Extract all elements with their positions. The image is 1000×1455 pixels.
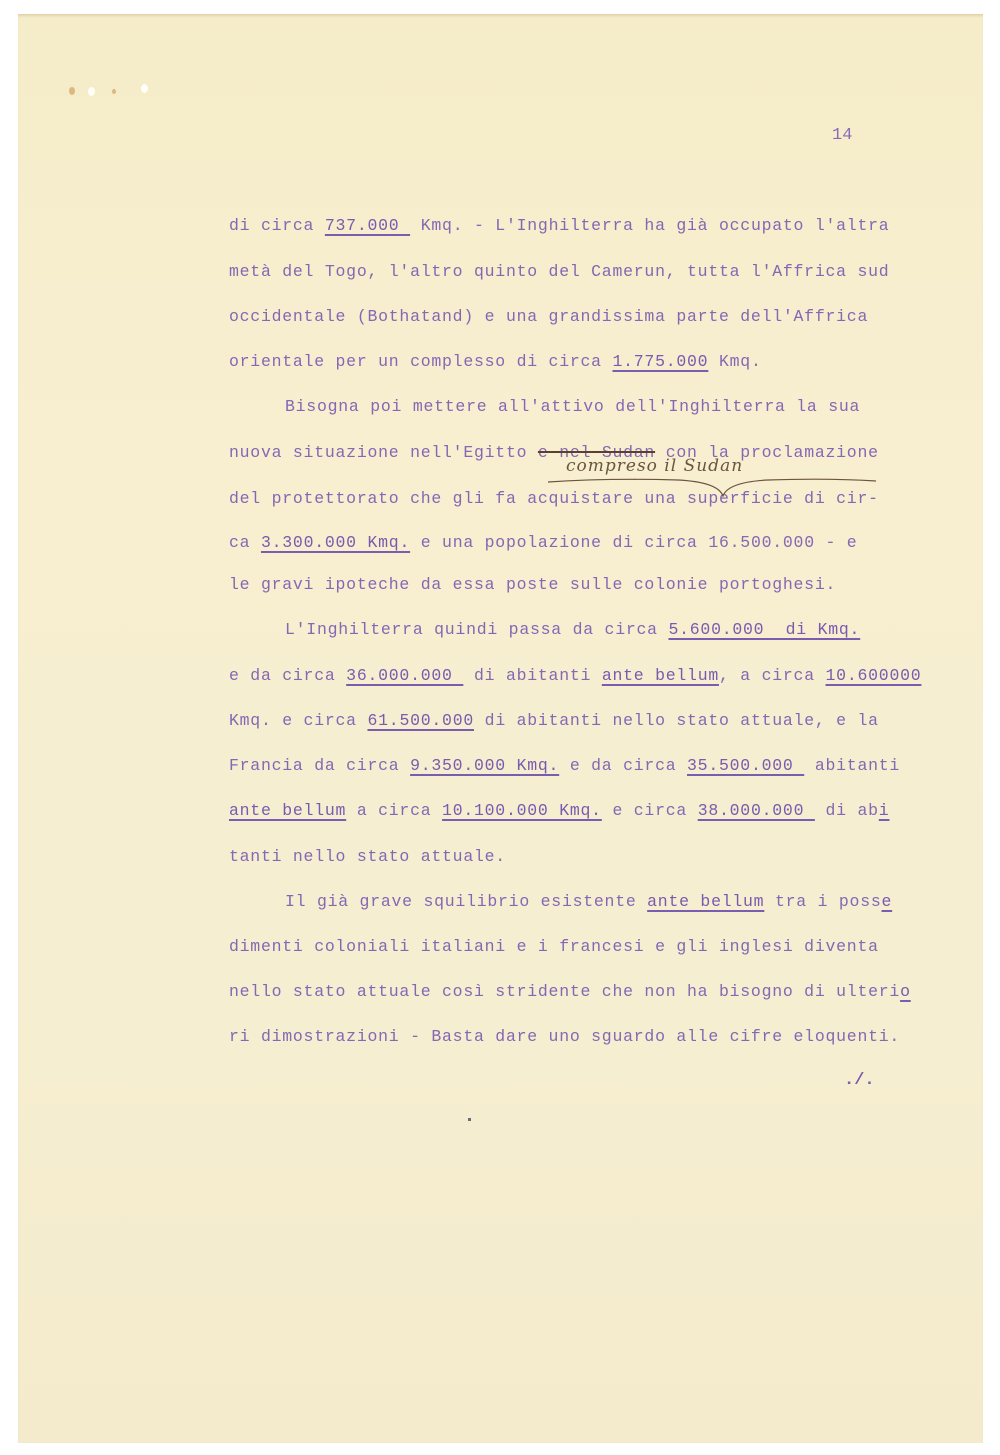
text-segment: di ab — [815, 801, 879, 820]
text-segment: le gravi ipoteche da essa poste sulle co… — [229, 575, 836, 594]
punch-hole — [141, 84, 148, 93]
text-line: Il già grave squilibrio esistente ante b… — [285, 892, 892, 912]
underlined-text: 1.775.000 — [612, 352, 708, 371]
text-segment: e una popolazione di circa 16.500.000 - … — [410, 533, 857, 552]
underlined-text: 9.350.000 Kmq. — [410, 756, 559, 775]
underlined-text: 10.100.000 Kmq. — [442, 801, 602, 820]
text-line: L'Inghilterra quindi passa da circa 5.60… — [285, 620, 860, 640]
caret-insertion-mark — [548, 474, 878, 504]
underlined-text: ante bellum — [647, 892, 764, 911]
text-line: metà del Togo, l'altro quinto del Cameru… — [229, 262, 889, 282]
stain-mark — [112, 89, 116, 94]
text-line: dimenti coloniali italiani e i francesi … — [229, 937, 879, 957]
text-segment: occidentale (Bothatand) e una grandissim… — [229, 307, 868, 326]
text-segment: di abitanti — [463, 666, 601, 685]
text-segment: , a circa — [719, 666, 826, 685]
text-segment: di circa — [229, 216, 325, 235]
text-segment: orientale per un complesso di circa — [229, 352, 612, 371]
underlined-text: 36.000.000 — [346, 666, 463, 685]
text-segment: Il già grave squilibrio esistente — [285, 892, 647, 911]
text-line: Bisogna poi mettere all'attivo dell'Ingh… — [285, 397, 860, 417]
text-segment: Kmq. — [708, 352, 761, 371]
underlined-text: 5.600.000 di Kmq. — [668, 620, 860, 639]
text-line: nello stato attuale così stridente che n… — [229, 982, 911, 1002]
text-segment: e da circa — [229, 666, 346, 685]
underlined-text: o — [900, 982, 911, 1001]
underlined-text: ante bellum — [602, 666, 719, 685]
text-segment: dimenti coloniali italiani e i francesi … — [229, 937, 879, 956]
text-segment: e da circa — [559, 756, 687, 775]
underlined-text: 38.000.000 — [698, 801, 815, 820]
handwritten-insertion: compreso il Sudan — [566, 456, 743, 476]
text-segment: ca — [229, 533, 261, 552]
underlined-text: 61.500.000 — [367, 711, 474, 730]
text-segment: metà del Togo, l'altro quinto del Cameru… — [229, 262, 889, 281]
underlined-text: 35.500.000 — [687, 756, 804, 775]
text-line: Francia da circa 9.350.000 Kmq. e da cir… — [229, 756, 900, 776]
text-line: orientale per un complesso di circa 1.77… — [229, 352, 762, 372]
text-segment: ri dimostrazioni - Basta dare uno sguard… — [229, 1027, 900, 1046]
ink-speck — [468, 1118, 471, 1121]
text-line: Kmq. e circa 61.500.000 di abitanti nell… — [229, 711, 879, 731]
punch-hole — [88, 87, 95, 96]
text-segment: Francia da circa — [229, 756, 410, 775]
text-segment: tanti nello stato attuale. — [229, 847, 506, 866]
continuation-mark: ./. — [844, 1071, 875, 1090]
text-segment: abitanti — [804, 756, 900, 775]
text-line: occidentale (Bothatand) e una grandissim… — [229, 307, 868, 327]
text-segment: Bisogna poi mettere all'attivo dell'Ingh… — [285, 397, 860, 416]
text-segment: e circa — [602, 801, 698, 820]
text-segment: di abitanti nello stato attuale, e la — [474, 711, 879, 730]
text-segment: nello stato attuale così stridente che n… — [229, 982, 900, 1001]
text-segment: Kmq. e circa — [229, 711, 367, 730]
underlined-text: ante bellum — [229, 801, 346, 820]
text-segment: tra i poss — [764, 892, 881, 911]
text-segment: L'Inghilterra quindi passa da circa — [285, 620, 668, 639]
underlined-text: e — [882, 892, 893, 911]
text-line: ca 3.300.000 Kmq. e una popolazione di c… — [229, 533, 857, 553]
text-line: ante bellum a circa 10.100.000 Kmq. e ci… — [229, 801, 889, 821]
text-line: ri dimostrazioni - Basta dare uno sguard… — [229, 1027, 900, 1047]
text-line: nuova situazione nell'Egitto e nel Sudan… — [229, 443, 879, 463]
text-segment: Kmq. - L'Inghilterra ha già occupato l'a… — [410, 216, 889, 235]
text-segment: nuova situazione nell'Egitto — [229, 443, 538, 462]
underlined-text: i — [879, 801, 890, 820]
page-number: 14 — [832, 126, 852, 145]
underlined-text: 737.000 — [325, 216, 410, 235]
text-line: di circa 737.000 Kmq. - L'Inghilterra ha… — [229, 216, 889, 236]
underlined-text: 10.600000 — [826, 666, 922, 685]
text-segment: a circa — [346, 801, 442, 820]
text-line: tanti nello stato attuale. — [229, 847, 506, 867]
stain-mark — [69, 87, 75, 95]
text-line: le gravi ipoteche da essa poste sulle co… — [229, 575, 836, 595]
underlined-text: 3.300.000 Kmq. — [261, 533, 410, 552]
text-line: e da circa 36.000.000 di abitanti ante b… — [229, 666, 921, 686]
